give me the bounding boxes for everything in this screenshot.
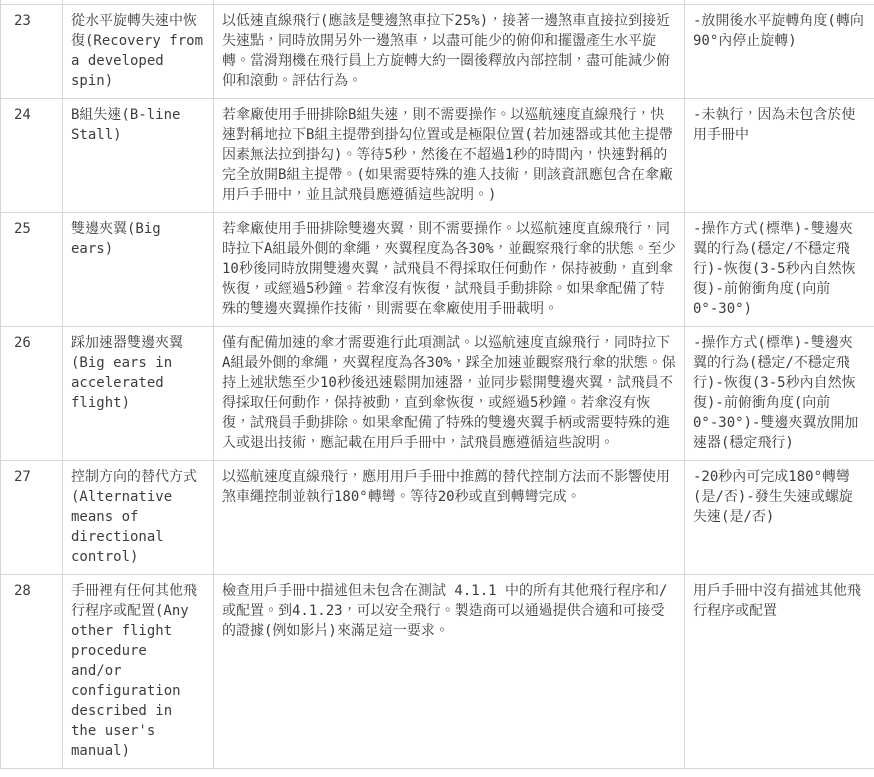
test-name-cell: B組失速(B-line Stall) <box>63 98 214 212</box>
row-number-cell: 24 <box>1 98 63 212</box>
row-number-cell: 25 <box>1 212 63 326</box>
table-row: 27 控制方向的替代方式(Alternative means of direct… <box>1 460 874 574</box>
table-row: 25 雙邊夾翼(Big ears) 若傘廠使用手冊排除雙邊夾翼，則不需要操作。以… <box>1 212 874 326</box>
table-row: 28 手冊裡有任何其他飛行程序或配置(Any other flight proc… <box>1 574 874 768</box>
flight-test-table: 23 從水平旋轉失速中恢復(Recovery from a developed … <box>0 0 874 769</box>
test-result-cell: -放開後水平旋轉角度(轉向90°內停止旋轉) <box>685 4 874 98</box>
row-number-cell: 28 <box>1 574 63 768</box>
test-description-cell: 若傘廠使用手冊排除雙邊夾翼，則不需要操作。以巡航速度直線飛行，同時拉下A組最外側… <box>214 212 685 326</box>
test-description-cell: 以巡航速度直線飛行，應用用戶手冊中推薦的替代控制方法而不影響使用煞車繩控制並執行… <box>214 460 685 574</box>
test-name-cell: 從水平旋轉失速中恢復(Recovery from a developed spi… <box>63 4 214 98</box>
test-name-cell: 雙邊夾翼(Big ears) <box>63 212 214 326</box>
test-description-cell: 若傘廠使用手冊排除B組失速，則不需要操作。以巡航速度直線飛行，快速對稱地拉下B組… <box>214 98 685 212</box>
test-result-cell: -操作方式(標準)-雙邊夾翼的行為(穩定/不穩定飛行)-恢復(3-5秒內自然恢復… <box>685 212 874 326</box>
row-number-cell: 27 <box>1 460 63 574</box>
row-number-cell: 26 <box>1 326 63 460</box>
test-result-cell: -未執行，因為未包含於使用手冊中 <box>685 98 874 212</box>
test-name-cell: 手冊裡有任何其他飛行程序或配置(Any other flight procedu… <box>63 574 214 768</box>
test-description-cell: 檢查用戶手冊中描述但未包含在測試 4.1.1 中的所有其他飛行程序和/或配置。到… <box>214 574 685 768</box>
test-name-cell: 踩加速器雙邊夾翼(Big ears in accelerated flight) <box>63 326 214 460</box>
test-description-cell: 以低速直線飛行(應該是雙邊煞車拉下25%)，接著一邊煞車直接拉到接近失速點，同時… <box>214 4 685 98</box>
test-description-cell: 僅有配備加速的傘才需要進行此項測試。以巡航速度直線飛行，同時拉下A組最外側的傘繩… <box>214 326 685 460</box>
test-table-body: 23 從水平旋轉失速中恢復(Recovery from a developed … <box>1 0 874 768</box>
test-result-cell: -操作方式(標準)-雙邊夾翼的行為(穩定/不穩定飛行)-恢復(3-5秒內自然恢復… <box>685 326 874 460</box>
table-row: 26 踩加速器雙邊夾翼(Big ears in accelerated flig… <box>1 326 874 460</box>
test-result-cell: 用戶手冊中沒有描述其他飛行程序或配置 <box>685 574 874 768</box>
row-number-cell: 23 <box>1 4 63 98</box>
test-result-cell: -20秒內可完成180°轉彎(是/否)-發生失速或螺旋失速(是/否) <box>685 460 874 574</box>
test-name-cell: 控制方向的替代方式(Alternative means of direction… <box>63 460 214 574</box>
table-row: 24 B組失速(B-line Stall) 若傘廠使用手冊排除B組失速，則不需要… <box>1 98 874 212</box>
table-row: 23 從水平旋轉失速中恢復(Recovery from a developed … <box>1 4 874 98</box>
